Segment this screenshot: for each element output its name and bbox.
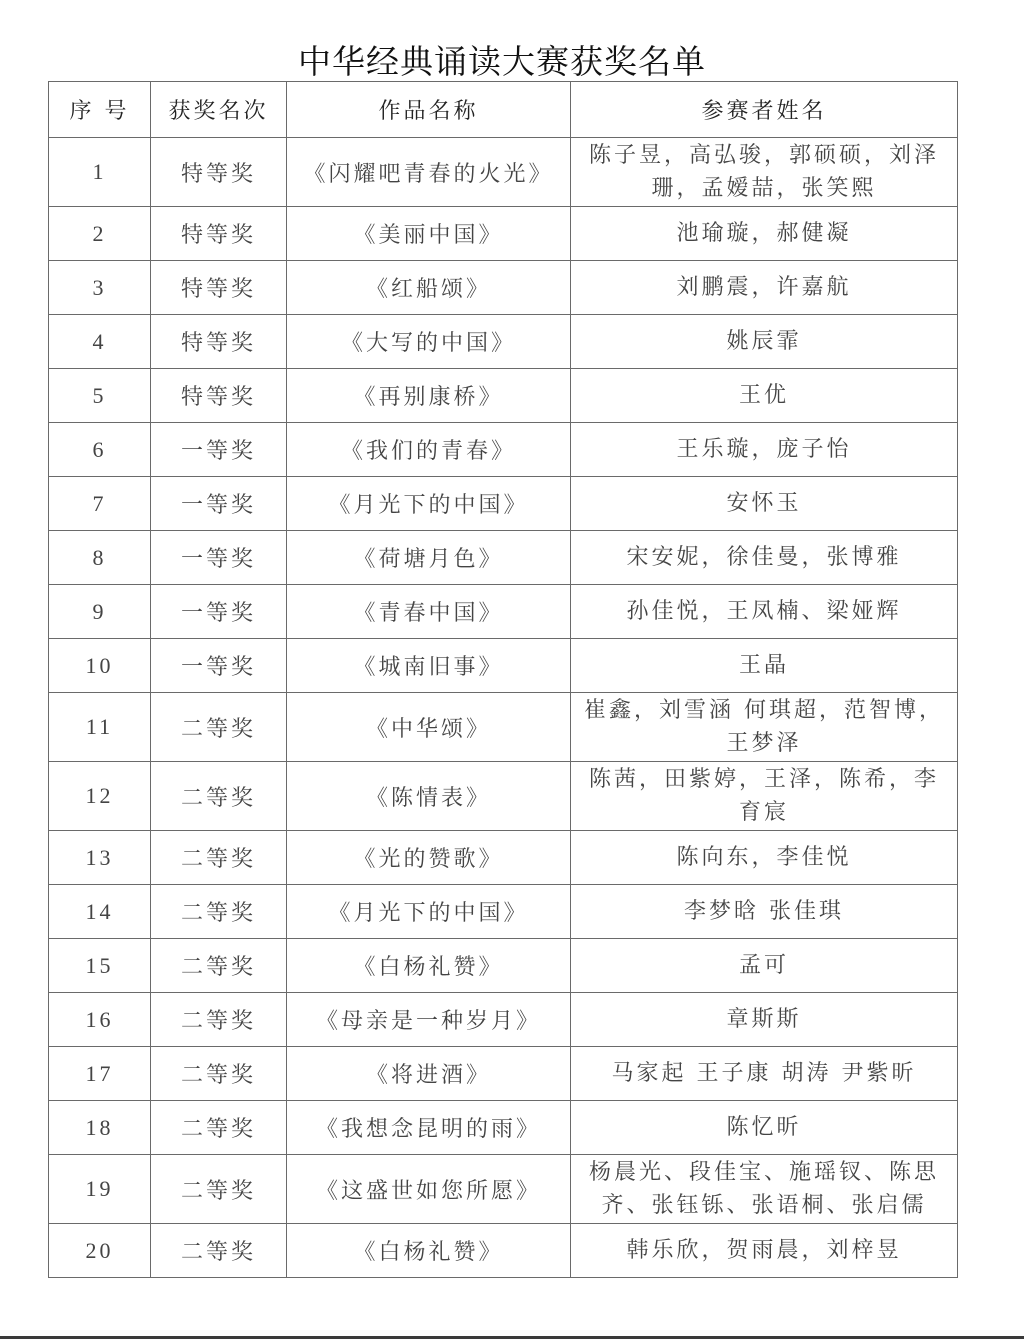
row-number: 19: [49, 1155, 151, 1224]
participant-names: 陈向东，李佳悦: [571, 831, 958, 885]
award-rank: 特等奖: [151, 261, 287, 315]
award-rank: 一等奖: [151, 423, 287, 477]
row-number: 1: [49, 138, 151, 207]
award-rank: 一等奖: [151, 585, 287, 639]
award-rank: 二等奖: [151, 831, 287, 885]
table-row: 3特等奖《红船颂》刘鹏震，许嘉航: [49, 261, 958, 315]
table-row: 15二等奖《白杨礼赞》孟可: [49, 939, 958, 993]
award-rank: 特等奖: [151, 315, 287, 369]
work-title: 《我想念昆明的雨》: [287, 1101, 571, 1155]
participant-names: 崔鑫，刘雪涵 何琪超，范智博，王梦泽: [571, 693, 958, 762]
participant-names: 孟可: [571, 939, 958, 993]
work-title: 《再别康桥》: [287, 369, 571, 423]
award-rank: 二等奖: [151, 693, 287, 762]
participant-names: 安怀玉: [571, 477, 958, 531]
table-row: 20二等奖《白杨礼赞》韩乐欣，贺雨晨，刘梓昱: [49, 1224, 958, 1278]
award-rank: 二等奖: [151, 885, 287, 939]
participant-names: 姚辰霏: [571, 315, 958, 369]
award-rank: 二等奖: [151, 762, 287, 831]
award-rank: 二等奖: [151, 1224, 287, 1278]
row-number: 20: [49, 1224, 151, 1278]
award-rank: 特等奖: [151, 207, 287, 261]
work-title: 《白杨礼赞》: [287, 939, 571, 993]
work-title: 《月光下的中国》: [287, 477, 571, 531]
work-title: 《将进酒》: [287, 1047, 571, 1101]
work-title: 《母亲是一种岁月》: [287, 993, 571, 1047]
work-title: 《闪耀吧青春的火光》: [287, 138, 571, 207]
row-number: 14: [49, 885, 151, 939]
table-row: 19二等奖《这盛世如您所愿》杨晨光、段佳宝、施瑶钗、陈思齐、张钰铄、张语桐、张启…: [49, 1155, 958, 1224]
work-title: 《荷塘月色》: [287, 531, 571, 585]
participant-names: 孙佳悦，王凤楠、梁娅辉: [571, 585, 958, 639]
participant-names: 陈子昱，高弘骏，郭硕硕，刘泽珊，孟嫒喆，张笑熙: [571, 138, 958, 207]
row-number: 10: [49, 639, 151, 693]
table-row: 7一等奖《月光下的中国》安怀玉: [49, 477, 958, 531]
award-rank: 一等奖: [151, 639, 287, 693]
award-rank: 特等奖: [151, 138, 287, 207]
participant-names: 李梦晗 张佳琪: [571, 885, 958, 939]
award-rank: 二等奖: [151, 1101, 287, 1155]
header-participants: 参赛者姓名: [571, 82, 958, 138]
row-number: 3: [49, 261, 151, 315]
work-title: 《陈情表》: [287, 762, 571, 831]
table-row: 2特等奖《美丽中国》池瑜璇，郝健凝: [49, 207, 958, 261]
awards-table: 序 号 获奖名次 作品名称 参赛者姓名 1特等奖《闪耀吧青春的火光》陈子昱，高弘…: [48, 81, 958, 1278]
document-title: 中华经典诵读大赛获奖名单: [0, 36, 1004, 83]
work-title: 《月光下的中国》: [287, 885, 571, 939]
participant-names: 宋安妮，徐佳曼，张博雅: [571, 531, 958, 585]
header-rank: 获奖名次: [151, 82, 287, 138]
row-number: 4: [49, 315, 151, 369]
header-work-title: 作品名称: [287, 82, 571, 138]
table-row: 17二等奖《将进酒》马家起 王子康 胡涛 尹紫昕: [49, 1047, 958, 1101]
row-number: 9: [49, 585, 151, 639]
table-row: 13二等奖《光的赞歌》陈向东，李佳悦: [49, 831, 958, 885]
table-row: 9一等奖《青春中国》孙佳悦，王凤楠、梁娅辉: [49, 585, 958, 639]
row-number: 17: [49, 1047, 151, 1101]
award-rank: 特等奖: [151, 369, 287, 423]
work-title: 《我们的青春》: [287, 423, 571, 477]
table-row: 5特等奖《再别康桥》王优: [49, 369, 958, 423]
participant-names: 池瑜璇，郝健凝: [571, 207, 958, 261]
participant-names: 刘鹏震，许嘉航: [571, 261, 958, 315]
row-number: 16: [49, 993, 151, 1047]
row-number: 18: [49, 1101, 151, 1155]
table-row: 10一等奖《城南旧事》王晶: [49, 639, 958, 693]
participant-names: 马家起 王子康 胡涛 尹紫昕: [571, 1047, 958, 1101]
row-number: 8: [49, 531, 151, 585]
work-title: 《美丽中国》: [287, 207, 571, 261]
row-number: 11: [49, 693, 151, 762]
table-row: 6一等奖《我们的青春》王乐璇，庞子怡: [49, 423, 958, 477]
table-row: 12二等奖《陈情表》陈茜，田紫婷，王泽，陈希，李育宸: [49, 762, 958, 831]
work-title: 《中华颂》: [287, 693, 571, 762]
work-title: 《城南旧事》: [287, 639, 571, 693]
award-rank: 二等奖: [151, 1155, 287, 1224]
table-row: 4特等奖《大写的中国》姚辰霏: [49, 315, 958, 369]
row-number: 6: [49, 423, 151, 477]
participant-names: 韩乐欣，贺雨晨，刘梓昱: [571, 1224, 958, 1278]
table-row: 14二等奖《月光下的中国》李梦晗 张佳琪: [49, 885, 958, 939]
award-rank: 一等奖: [151, 477, 287, 531]
award-rank: 二等奖: [151, 939, 287, 993]
work-title: 《红船颂》: [287, 261, 571, 315]
participant-names: 王乐璇，庞子怡: [571, 423, 958, 477]
table-row: 16二等奖《母亲是一种岁月》章斯斯: [49, 993, 958, 1047]
participant-names: 陈忆昕: [571, 1101, 958, 1155]
work-title: 《白杨礼赞》: [287, 1224, 571, 1278]
work-title: 《这盛世如您所愿》: [287, 1155, 571, 1224]
header-number: 序 号: [49, 82, 151, 138]
participant-names: 王优: [571, 369, 958, 423]
participant-names: 王晶: [571, 639, 958, 693]
row-number: 5: [49, 369, 151, 423]
row-number: 2: [49, 207, 151, 261]
table-row: 18二等奖《我想念昆明的雨》陈忆昕: [49, 1101, 958, 1155]
table-row: 11二等奖《中华颂》崔鑫，刘雪涵 何琪超，范智博，王梦泽: [49, 693, 958, 762]
award-rank: 二等奖: [151, 1047, 287, 1101]
table-row: 8一等奖《荷塘月色》宋安妮，徐佳曼，张博雅: [49, 531, 958, 585]
row-number: 7: [49, 477, 151, 531]
work-title: 《青春中国》: [287, 585, 571, 639]
award-rank: 二等奖: [151, 993, 287, 1047]
table-row: 1特等奖《闪耀吧青春的火光》陈子昱，高弘骏，郭硕硕，刘泽珊，孟嫒喆，张笑熙: [49, 138, 958, 207]
participant-names: 章斯斯: [571, 993, 958, 1047]
work-title: 《大写的中国》: [287, 315, 571, 369]
row-number: 12: [49, 762, 151, 831]
participant-names: 杨晨光、段佳宝、施瑶钗、陈思齐、张钰铄、张语桐、张启儒: [571, 1155, 958, 1224]
row-number: 15: [49, 939, 151, 993]
award-rank: 一等奖: [151, 531, 287, 585]
row-number: 13: [49, 831, 151, 885]
table-header-row: 序 号 获奖名次 作品名称 参赛者姓名: [49, 82, 958, 138]
participant-names: 陈茜，田紫婷，王泽，陈希，李育宸: [571, 762, 958, 831]
table-body: 1特等奖《闪耀吧青春的火光》陈子昱，高弘骏，郭硕硕，刘泽珊，孟嫒喆，张笑熙2特等…: [49, 138, 958, 1278]
work-title: 《光的赞歌》: [287, 831, 571, 885]
